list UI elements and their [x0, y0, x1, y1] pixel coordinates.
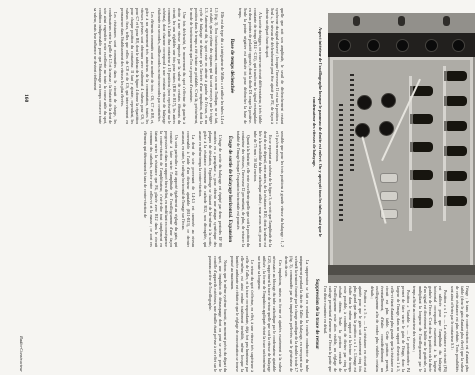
- terminal-strip: [339, 104, 343, 224]
- paragraph: Ces impulsions, mises en forme et ajusté…: [257, 256, 282, 372]
- paragraph: L'étage de sortie du balayage est équipé…: [198, 131, 223, 247]
- vacuum-tube: [413, 114, 433, 124]
- photo-wrap-spacer: [320, 256, 470, 286]
- vacuum-tube: [447, 71, 467, 81]
- vacuum-tube: [413, 198, 433, 208]
- cabinet-vent: [353, 16, 360, 26]
- paragraph: Quant à la linéarité, elle reste excelle…: [236, 131, 251, 247]
- paragraph: Un soin particulier a été apporté égalem…: [143, 131, 179, 247]
- text-column-2: sensible que pour les trois positions à …: [15, 131, 285, 247]
- paragraph: Notons que le même système fournit, au m…: [208, 256, 228, 372]
- terminal-strip: [350, 74, 354, 174]
- vacuum-tube: [447, 121, 467, 131]
- vacuum-tube: [447, 196, 467, 206]
- section-heading-base-de-temps: Base de temps déclenchée: [228, 8, 234, 124]
- paragraph: Elle est du type dit « à intégrateur de …: [189, 8, 225, 124]
- text-column-1: quelle que soit son amplitude, le seuil …: [15, 8, 285, 124]
- paragraph: quelle que soit son amplitude, le seuil …: [265, 8, 285, 124]
- front-panel-edge: [328, 33, 475, 57]
- knob: [396, 39, 409, 52]
- cabinet-vent: [443, 16, 450, 26]
- vacuum-tube: [447, 146, 467, 156]
- paragraph: Les éléments commutés sont au nombre de …: [120, 8, 156, 124]
- magazine-footer: Radio-Constructeur: [19, 250, 24, 372]
- section-heading-suppression-trace: Suppression de la trace de retour: [313, 256, 319, 372]
- cabinet-vent: [398, 16, 405, 26]
- paragraph: En se reportant au schéma de la figure 3…: [253, 131, 273, 247]
- vacuum-tube: [413, 170, 433, 180]
- vacuum-tube: [447, 171, 467, 181]
- vacuum-tube: [447, 96, 467, 106]
- capacitor-can: [381, 93, 396, 108]
- scanned-magazine-page: Aspect intérieur de l'oscillographe lors…: [0, 0, 475, 375]
- capacitor-can: [379, 121, 394, 136]
- paragraph: Les résistances sont commutées dans le c…: [92, 8, 117, 124]
- paragraph: La suppression se fait en rendant la cou…: [284, 256, 309, 372]
- section-heading-etage-sortie: Étage de sortie de balayage horizontal. …: [226, 131, 232, 247]
- paragraph: La dent de scie provenant de L4-L5 est r…: [181, 131, 196, 247]
- knob: [452, 39, 465, 52]
- paragraph: sensible que pour les trois positions à …: [275, 131, 285, 247]
- rotated-page: Aspect intérieur de l'oscillographe lors…: [0, 0, 475, 375]
- page-number: 160: [23, 94, 29, 102]
- capacitor-can: [357, 95, 372, 110]
- photo-caption: Aspect intérieur de l'oscillographe lors…: [312, 24, 323, 240]
- knob: [367, 39, 380, 52]
- paragraph: Le retour du spot s'effectue, en effet, …: [230, 256, 255, 372]
- chassis: [330, 57, 473, 271]
- paragraph: Une fois déclenché, le mouvement du spot…: [157, 8, 188, 124]
- knob: [425, 39, 438, 52]
- glass-tube: [380, 173, 398, 183]
- glass-tube: [380, 191, 398, 201]
- paragraph: A la sortie du trigger, on trouve un cir…: [238, 8, 263, 124]
- text-column-3: l'étage ; le taux de contre-réaction est…: [18, 256, 470, 372]
- knob: [338, 39, 351, 52]
- vacuum-tube: [413, 142, 433, 152]
- oscilloscope-interior-photo: [328, 13, 475, 283]
